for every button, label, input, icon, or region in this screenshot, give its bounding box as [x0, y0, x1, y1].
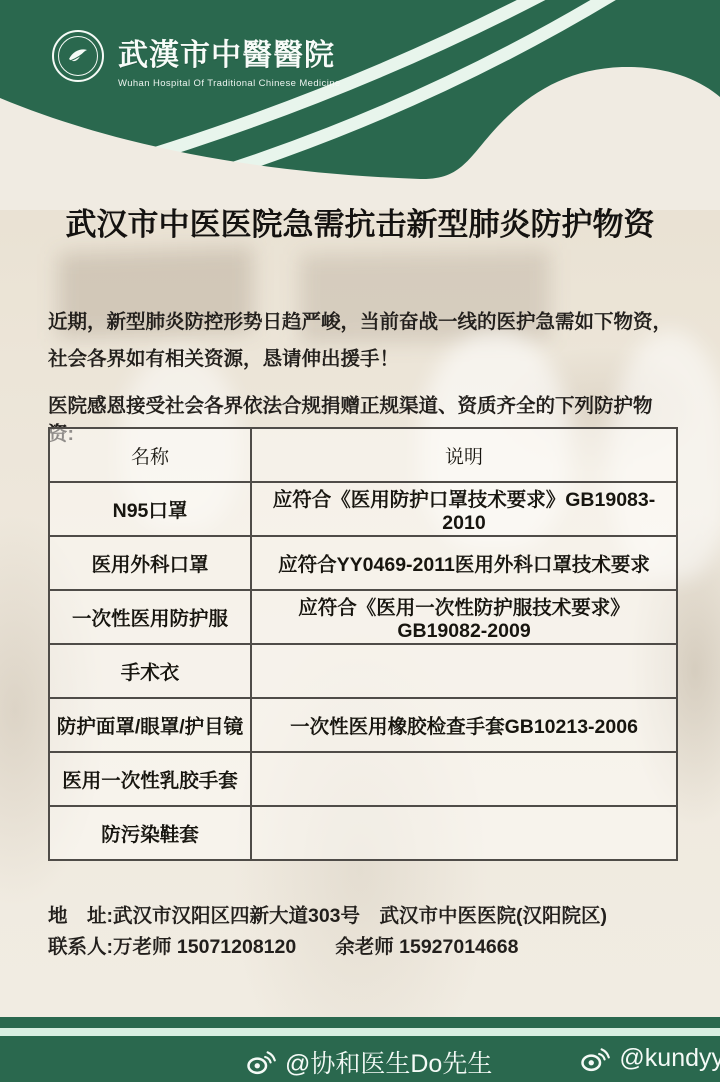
logo-inner-ring [58, 36, 98, 76]
hospital-name-en: Wuhan Hospital Of Traditional Chinese Me… [118, 78, 538, 89]
table-row: 医用外科口罩 应符合YY0469-2011医用外科口罩技术要求 [49, 536, 677, 590]
contact-block: 地 址:武汉市汉阳区四新大道303号 武汉市中医医院(汉阳院区) 联系人:万老师… [48, 901, 688, 963]
table-header-name: 名称 [49, 428, 251, 482]
footer-bar: @协和医生Do先生 @kundyy [0, 1017, 720, 1082]
table-header-row: 名称 说明 [49, 428, 677, 482]
hospital-name: 武漢市中醫醫院 [118, 30, 538, 74]
item-description-cell: 应符合YY0469-2011医用外科口罩技术要求 [251, 536, 677, 590]
table-row: 医用一次性乳胶手套 [49, 752, 677, 806]
item-description-cell: 应符合《医用一次性防护服技术要求》GB19082-2009 [251, 590, 677, 644]
footer-stripe [0, 1028, 720, 1036]
brand-block: 武漢市中醫醫院 Wuhan Hospital Of Traditional Ch… [118, 30, 538, 89]
watermark-right: @kundyy [580, 1044, 720, 1073]
item-name-cell: 医用外科口罩 [49, 536, 251, 590]
watermark-center: @协和医生Do先生 [246, 1044, 492, 1080]
supplies-table: 名称 说明 N95口罩 应符合《医用防护口罩技术要求》GB19083-2010 … [48, 427, 678, 861]
table-row: 手术衣 [49, 644, 677, 698]
watermark-center-text: @协和医生Do先生 [285, 1044, 492, 1080]
donation-poster: 武漢市中醫醫院 Wuhan Hospital Of Traditional Ch… [0, 0, 720, 1082]
item-description-cell [251, 806, 677, 860]
item-name-cell: 防护面罩/眼罩/护目镜 [49, 698, 251, 752]
table-header-description: 说明 [251, 428, 677, 482]
intro-line-1: 近期，新型肺炎防控形势日趋严峻，当前奋战一线的医护急需如下物资， [48, 304, 678, 341]
item-name-cell: 一次性医用防护服 [49, 590, 251, 644]
table-row: N95口罩 应符合《医用防护口罩技术要求》GB19083-2010 [49, 482, 677, 536]
contact-line: 联系人:万老师 15071208120 余老师 15927014668 [48, 932, 688, 963]
item-name-cell: N95口罩 [49, 482, 251, 536]
table-row: 一次性医用防护服 应符合《医用一次性防护服技术要求》GB19082-2009 [49, 590, 677, 644]
page-title: 武汉市中医医院急需抗击新型肺炎防护物资 [0, 199, 720, 244]
logo-mark-icon [65, 43, 91, 69]
item-name-cell: 医用一次性乳胶手套 [49, 752, 251, 806]
table-row: 防污染鞋套 [49, 806, 677, 860]
weibo-icon [580, 1046, 610, 1072]
hospital-logo [52, 30, 104, 82]
item-description-cell [251, 752, 677, 806]
item-description-cell [251, 644, 677, 698]
item-name-cell: 手术衣 [49, 644, 251, 698]
item-name-cell: 防污染鞋套 [49, 806, 251, 860]
table-row: 防护面罩/眼罩/护目镜 一次性医用橡胶检查手套GB10213-2006 [49, 698, 677, 752]
item-description-cell: 应符合《医用防护口罩技术要求》GB19083-2010 [251, 482, 677, 536]
address-line: 地 址:武汉市汉阳区四新大道303号 武汉市中医医院(汉阳院区) [48, 901, 688, 932]
watermark-right-text: @kundyy [619, 1044, 720, 1073]
intro-paragraph: 近期，新型肺炎防控形势日趋严峻，当前奋战一线的医护急需如下物资， 社会各界如有相… [48, 304, 678, 378]
intro-line-2: 社会各界如有相关资源，恳请伸出援手！ [48, 341, 678, 378]
weibo-icon [246, 1049, 276, 1075]
item-description-cell: 一次性医用橡胶检查手套GB10213-2006 [251, 698, 677, 752]
